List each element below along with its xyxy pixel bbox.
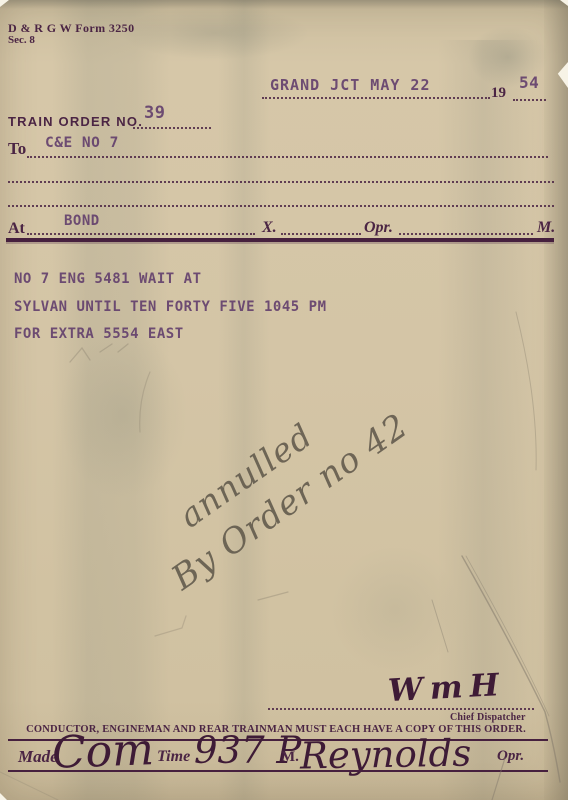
at-value: BOND [64, 213, 100, 229]
opr-rule [399, 233, 533, 235]
stain [330, 545, 460, 675]
opr-footer-label: Opr. [497, 748, 524, 765]
x-rule [281, 233, 361, 235]
train-order-rule [133, 127, 211, 129]
paper-edge-shade [0, 0, 568, 9]
stain [120, 6, 310, 60]
x-label: X. [262, 219, 277, 237]
torn-edge [0, 0, 9, 7]
dispatcher-signature: WmH [387, 667, 507, 709]
paper-edge-shade [544, 0, 568, 800]
dispatcher-title: Chief Dispatcher [450, 712, 526, 723]
at-rule [27, 233, 255, 235]
stain [58, 330, 188, 500]
blank-line [8, 205, 554, 207]
order-body-line: NO 7 ENG 5481 WAIT AT [14, 271, 202, 287]
torn-edge [560, 0, 568, 6]
signature-rule [268, 708, 534, 710]
date-line-rule [262, 97, 490, 99]
m-label: M. [537, 219, 555, 237]
heavy-divider [6, 238, 554, 242]
form-section: Sec. 8 [8, 34, 35, 46]
to-label: To [8, 139, 26, 159]
date-line-rule [513, 99, 546, 101]
footer-rule-bottom [8, 770, 548, 772]
opr-label: Opr. [364, 219, 393, 237]
order-body-line: FOR EXTRA 5554 EAST [14, 326, 184, 342]
year-printed: 19 [491, 85, 506, 102]
stain-band [218, 0, 270, 800]
order-body-line: SYLVAN UNTIL TEN FORTY FIVE 1045 PM [14, 299, 327, 315]
year-typed: 54 [519, 73, 539, 92]
to-value: C&E NO 7 [45, 135, 119, 151]
blank-line [8, 181, 554, 183]
at-label: At [8, 220, 25, 238]
to-rule [27, 156, 548, 158]
torn-edge [0, 793, 7, 800]
meridian-label: M. [281, 749, 299, 766]
train-order-form: D & R G W Form 3250 Sec. 8 GRAND JCT MAY… [0, 0, 568, 800]
torn-edge [556, 62, 568, 88]
train-order-number: 39 [144, 103, 165, 123]
time-label: Time [157, 748, 190, 766]
train-order-label: TRAIN ORDER NO. [8, 114, 143, 129]
station-dateline: GRAND JCT MAY 22 [270, 76, 431, 94]
